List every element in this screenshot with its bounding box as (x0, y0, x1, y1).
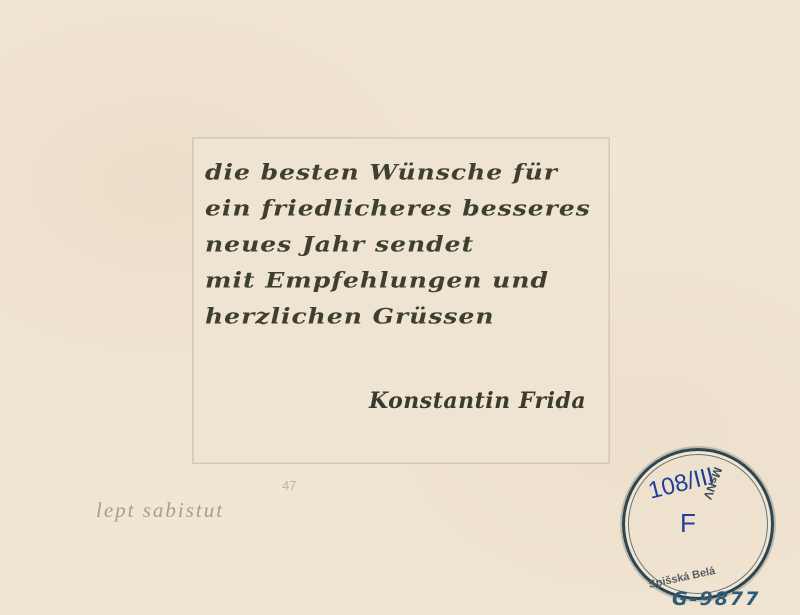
message-line-1: die besten Wünsche für (205, 160, 558, 185)
message-line-2: ein friedlicheres besseres (205, 196, 591, 221)
pencil-mark: 47 (282, 478, 296, 493)
signature: Konstantin Frida (369, 388, 586, 414)
inventory-number: G-9877 (672, 588, 760, 610)
pencil-note: lept sabistut (96, 498, 224, 523)
shelf-sub-mark: F (680, 508, 696, 539)
message-line-5: herzlichen Grüssen (205, 304, 495, 329)
message-line-3: neues Jahr sendet (205, 232, 474, 257)
greeting-card: die besten Wünsche für ein friedlicheres… (192, 137, 610, 464)
message-line-4: mit Empfehlungen und (205, 268, 549, 293)
